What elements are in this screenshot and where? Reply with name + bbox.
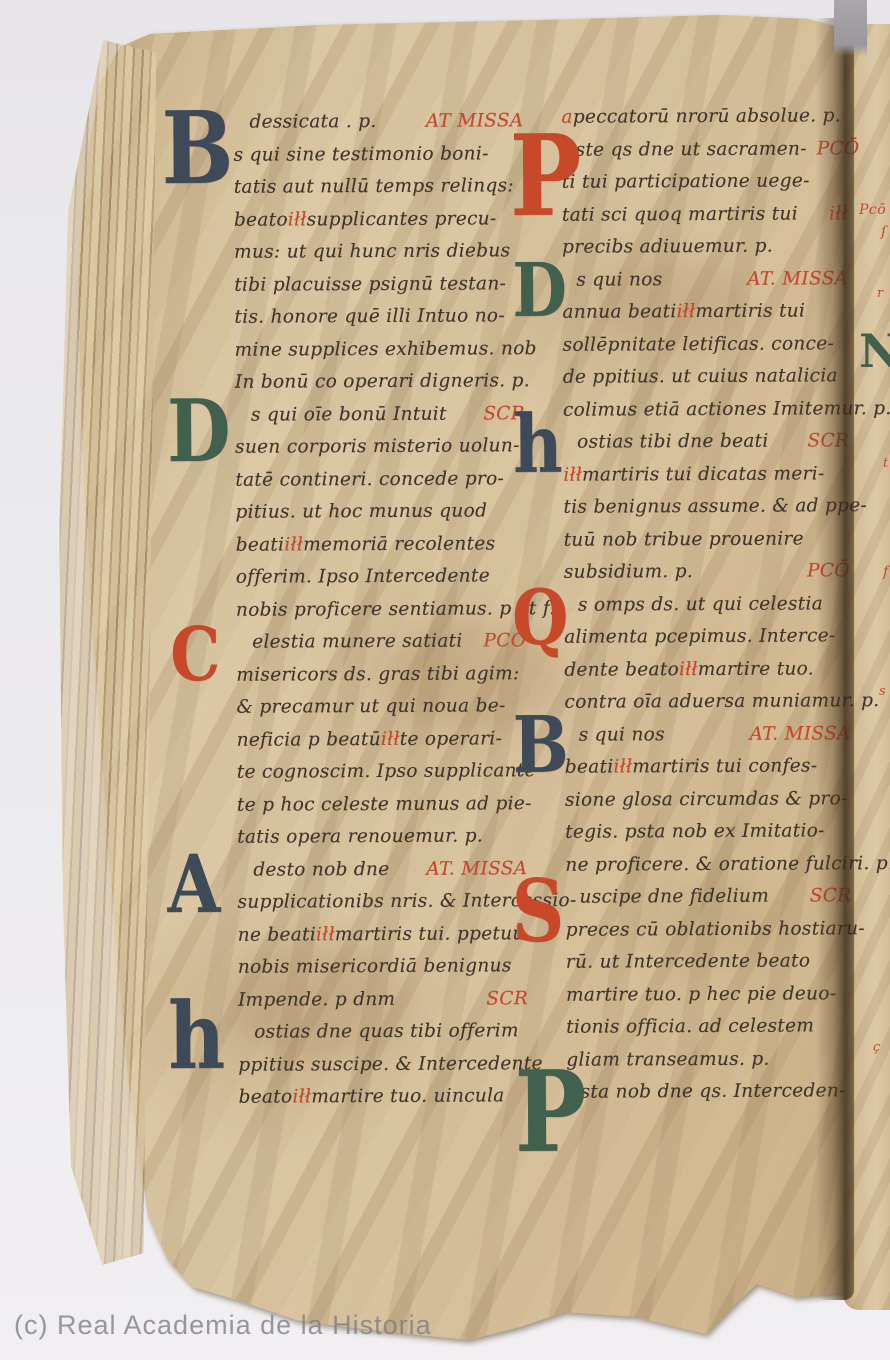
text-line: nobis proficere sentiamus. p et f. [236, 593, 526, 627]
text-run: SCR [486, 983, 528, 1016]
text-line: Impende. p dnmSCR [238, 983, 528, 1017]
text-line: contra oīa aduersa muniamur. p. [564, 685, 850, 719]
text-line: preces cū oblationibs hostiaru- [566, 913, 852, 947]
next-page-text-fragment: Pcō [859, 202, 886, 218]
text-line: s qui sine testimonio boni- [234, 138, 524, 172]
text-run: Impende. p dnm [238, 983, 396, 1016]
text-run: ti tui participatione uege- [562, 165, 810, 199]
text-run: In bonū co operari digneris. p. [235, 365, 530, 399]
text-run: iłł [284, 529, 303, 562]
prayer-paragraph: Bs qui nosAT. MISSAbeati iłł martiris tu… [565, 718, 852, 882]
text-line: colimus etiā actiones Imitemur. p. [563, 393, 849, 427]
manuscript-photo: PcōſNrtfsç Bdessicata . p.AT MISSAs qui … [0, 0, 890, 1360]
text-line: tionis officia. ad celestem [566, 1010, 852, 1044]
prayer-paragraph: Ds qui oīe bonū IntuitSCRsuen corporis m… [235, 398, 526, 627]
text-line: dente beato iłł martire tuo. [564, 653, 850, 687]
text-run: suen corporis misterio uolun- [235, 430, 520, 464]
text-line: ti tui participatione uege- [562, 165, 848, 199]
text-line: tatis opera renouemur. p. [237, 820, 527, 854]
text-run: iłł [292, 1081, 311, 1114]
text-run: mus: ut qui hunc nris diebus [234, 235, 510, 269]
text-run: iłł [679, 654, 698, 687]
text-run: sione glosa circumdas & pro- [565, 783, 848, 817]
text-line: s omps ds. ut qui celestia [578, 588, 850, 622]
next-page-text-fragment: s [879, 684, 886, 699]
text-line: ostias tibi dne beatiSCR [577, 425, 849, 459]
text-run: s qui oīe bonū Intuit [251, 398, 447, 432]
text-run: beati [565, 751, 614, 784]
text-line: tis. honore quē illi Intuo no- [234, 300, 524, 334]
text-run: supplicantes precu- [307, 203, 497, 236]
text-run: rū. ut Intercedente beato [566, 945, 811, 979]
text-run: subsidium. p. [564, 556, 693, 589]
text-line: te p hoc celeste munus ad pie- [237, 788, 527, 822]
text-run: tionis officia. ad celestem [566, 1010, 814, 1044]
text-run: ste qs dne ut sacramen- [576, 133, 807, 167]
text-run: annua beati [562, 296, 676, 329]
text-run: iłł [381, 723, 400, 756]
text-line: tuū nob tribue prouenire [564, 523, 850, 557]
text-run: te cognoscim. Ipso supplicante [237, 755, 536, 789]
next-page-text-fragment: ſ [881, 224, 887, 240]
book-gutter-shadow [816, 18, 854, 1300]
text-line: gliam transeamus. p. [566, 1043, 852, 1077]
prayer-paragraph: Qs omps ds. ut qui celestiaalimenta pcep… [564, 588, 851, 719]
text-run: memoriā recolentes [303, 528, 495, 562]
text-run: ostias tibi dne beati [577, 426, 769, 460]
text-line: uscipe dne fideliumSCR [579, 880, 851, 914]
text-run: martiris tui [695, 295, 805, 328]
text-line: precibs adiuuemur. p. [562, 230, 848, 264]
text-line: dessicata . p.AT MISSA [249, 105, 523, 139]
text-line: nobis misericordiā benignus [238, 950, 528, 984]
text-line: neficia p beatū iłł te operari- [237, 723, 527, 757]
illuminated-initial: Q [512, 587, 569, 647]
text-run: te operari- [400, 723, 503, 756]
prayer-paragraph: hostias tibi dne beatiSCRiłł martiris tu… [563, 425, 850, 589]
text-run: iłł [613, 751, 632, 784]
text-line: ostias dne quas tibi offerim [254, 1015, 528, 1049]
text-run: pitius. ut hoc munus quod [235, 495, 487, 529]
text-run: iłł [288, 204, 307, 237]
text-run: mine supplices exhibemus. nob [235, 333, 537, 367]
text-line: ppitius suscipe. & Intercedente [238, 1048, 528, 1082]
illuminated-initial: B [161, 109, 234, 187]
illuminated-initial: S [511, 878, 564, 945]
illuminated-initial: D [167, 397, 231, 464]
text-line: tegis. psta nob ex Imitatio- [565, 815, 851, 849]
text-line: mine supplices exhibemus. nob [235, 333, 525, 367]
text-line: tati sci quoq martiris tuiiłł [562, 198, 848, 232]
text-run: s qui nos [576, 264, 662, 297]
text-line: de ppitius. ut cuius natalicia [563, 360, 849, 394]
text-run: nobis proficere sentiamus. p et f. [236, 593, 556, 627]
text-line: suen corporis misterio uolun- [235, 430, 525, 464]
next-page-text-fragment: f [883, 564, 889, 580]
text-line: tis benignus assume. & ad ppe- [563, 490, 849, 524]
text-run: dente beato [564, 654, 679, 687]
prayer-paragraph: Celestia munere satiatiPCŌmisericors ds.… [236, 625, 527, 854]
text-line: ste qs dne ut sacramen-PCŌ [576, 133, 848, 167]
line-gap [693, 576, 807, 577]
text-run: iłł [677, 296, 696, 329]
illuminated-initial: h [513, 413, 563, 476]
text-run: iłł [563, 459, 582, 492]
text-run: tuū nob tribue prouenire [564, 523, 804, 557]
text-run: alimenta pcepimus. Interce- [564, 620, 836, 654]
text-line: beato iłł martire tuo. uincula [238, 1080, 528, 1114]
text-line: tatē contineri. concede pro- [235, 463, 525, 497]
copyright-watermark: (c) Real Academia de la Historia [14, 1310, 432, 1341]
text-run: beati [236, 529, 285, 562]
text-column-left: Bdessicata . p.AT MISSAs qui sine testim… [233, 105, 528, 1114]
text-line: ne proficere. & oratione fulciri. p. [565, 848, 851, 882]
text-run: s omps ds. ut qui celestia [578, 588, 823, 622]
prayer-paragraph: Ds qui nosAT. MISSAannua beati iłł marti… [562, 263, 849, 427]
background-gap [834, 0, 867, 56]
text-run: tis. honore quē illi Intuo no- [234, 300, 505, 334]
text-run: beato [234, 204, 288, 237]
illuminated-initial: D [512, 262, 567, 320]
next-page-text-fragment: r [877, 286, 884, 301]
text-line: desto nob dneAT. MISSA [253, 853, 527, 887]
text-line: pitius. ut hoc munus quod [235, 495, 525, 529]
prayer-paragraph: Psta nob dne qs. Interceden- [566, 1075, 852, 1109]
text-run: te p hoc celeste munus ad pie- [237, 788, 532, 822]
text-run: dessicata . p. [249, 106, 376, 139]
text-run: gliam transeamus. p. [566, 1043, 769, 1077]
illuminated-initial: h [168, 1001, 225, 1073]
prayer-paragraph: Adesto nob dneAT. MISSAsupplicationibs n… [237, 853, 528, 1017]
text-run: tatis opera renouemur. p. [237, 820, 483, 854]
text-line: te cognoscim. Ipso supplicante [237, 755, 527, 789]
text-run: martiris tui dicatas meri- [582, 458, 825, 492]
text-run: ppitius suscipe. & Intercedente [238, 1048, 543, 1082]
text-run: beato [238, 1081, 292, 1114]
text-line: beato iłł supplicantes precu- [234, 203, 524, 237]
text-run: neficia p beatū [237, 724, 381, 757]
text-line: In bonū co operari digneris. p. [235, 365, 525, 399]
illuminated-initial: C [170, 627, 221, 685]
text-run: s qui sine testimonio boni- [234, 138, 489, 172]
next-page-text-fragment: t [883, 456, 889, 471]
text-run: de ppitius. ut cuius natalicia [563, 360, 838, 394]
text-run: martiris tui. ppetuū [335, 918, 525, 951]
text-run: ne beati [238, 919, 316, 952]
text-line: tatis aut nullū temps relinqs: [234, 170, 524, 204]
text-run: offerim. Ipso Intercedente [236, 560, 490, 594]
illuminated-initial: B [513, 715, 570, 776]
text-run: elestia munere satiati [252, 626, 463, 660]
text-line: elestia munere satiatiPCŌ [252, 625, 526, 659]
text-line: alimenta pcepimus. Interce- [564, 620, 850, 654]
text-run: tibi placuisse psignū testan- [234, 268, 506, 302]
text-run: peccatorū nrorū absolue. p. [573, 100, 841, 134]
text-line: beati iłł memoriā recolentes [236, 528, 526, 562]
text-run: sollēpnitate letificas. conce- [563, 328, 835, 362]
text-line: s qui nosAT. MISSA [579, 718, 851, 752]
text-run: martire tuo. [698, 653, 814, 686]
text-line: sione glosa circumdas & pro- [565, 783, 851, 817]
text-line: mus: ut qui hunc nris diebus [234, 235, 524, 269]
illuminated-initial: P [510, 132, 582, 220]
text-run: & precamur ut qui noua be- [236, 690, 505, 724]
text-line: sta nob dne qs. Interceden- [580, 1075, 852, 1109]
text-line: & precamur ut qui noua be- [236, 690, 526, 724]
text-line: iłł martiris tui dicatas meri- [563, 458, 849, 492]
prayer-paragraph: hostias dne quas tibi offerimppitius sus… [238, 1015, 529, 1114]
text-line: rū. ut Intercedente beato [566, 945, 852, 979]
text-line: a peccatorū nrorū absolue. p. [561, 100, 847, 134]
text-run: tatē contineri. concede pro- [235, 463, 504, 497]
text-line: martire tuo. p hec pie deuo- [566, 978, 852, 1012]
text-run: s qui nos [579, 719, 665, 752]
text-line: tibi placuisse psignū testan- [234, 268, 524, 302]
text-run: sta nob dne qs. Interceden- [580, 1075, 845, 1109]
text-run: misericors ds. gras tibi agim: [236, 658, 519, 692]
text-line: offerim. Ipso Intercedente [236, 560, 526, 594]
illuminated-initial: P [514, 1069, 586, 1157]
text-line: s qui oīe bonū IntuitSCR [251, 398, 525, 432]
text-line: annua beati iłł martiris tui [562, 295, 848, 329]
text-run: tati sci quoq martiris tui [562, 198, 798, 232]
text-run: martire tuo. p hec pie deuo- [566, 978, 836, 1012]
text-run: martiris tui confes- [632, 750, 817, 783]
text-run: tatis aut nullū temps relinqs: [234, 170, 514, 204]
text-run: iłł [316, 919, 335, 952]
text-line: beati iłł martiris tui confes- [565, 750, 851, 784]
text-line: sollēpnitate letificas. conce- [563, 328, 849, 362]
prayer-paragraph: Bdessicata . p.AT MISSAs qui sine testim… [233, 105, 525, 399]
text-line: subsidium. p.PCŌ [564, 555, 850, 589]
text-line: misericors ds. gras tibi agim: [236, 658, 526, 692]
text-line: supplicationibs nris. & Intercessio- [237, 885, 527, 919]
text-run: desto nob dne [253, 853, 389, 886]
next-page-text-fragment: ç [873, 1040, 881, 1055]
text-run: martire tuo. uincula [311, 1080, 505, 1114]
text-line: s qui nosAT. MISSA [576, 263, 848, 297]
prayer-paragraph: a peccatorū nrorū absolue. p. [561, 100, 847, 134]
text-run: tegis. psta nob ex Imitatio- [565, 815, 825, 849]
prayer-paragraph: Suscipe dne fideliumSCRpreces cū oblatio… [565, 880, 852, 1076]
text-line: ne beati iłł martiris tui. ppetuū [238, 918, 528, 952]
text-run: precibs adiuuemur. p. [562, 231, 773, 265]
illuminated-initial: A [167, 852, 220, 915]
text-run: nobis misericordiā benignus [238, 950, 512, 984]
text-run: uscipe dne fidelium [579, 881, 769, 914]
text-column-right: a peccatorū nrorū absolue. p.Pste qs dne… [561, 100, 852, 1109]
text-run: ostias dne quas tibi offerim [254, 1015, 519, 1049]
prayer-paragraph: Pste qs dne ut sacramen-PCŌti tui partic… [562, 133, 849, 264]
next-page-text-fragment: N [859, 324, 890, 378]
